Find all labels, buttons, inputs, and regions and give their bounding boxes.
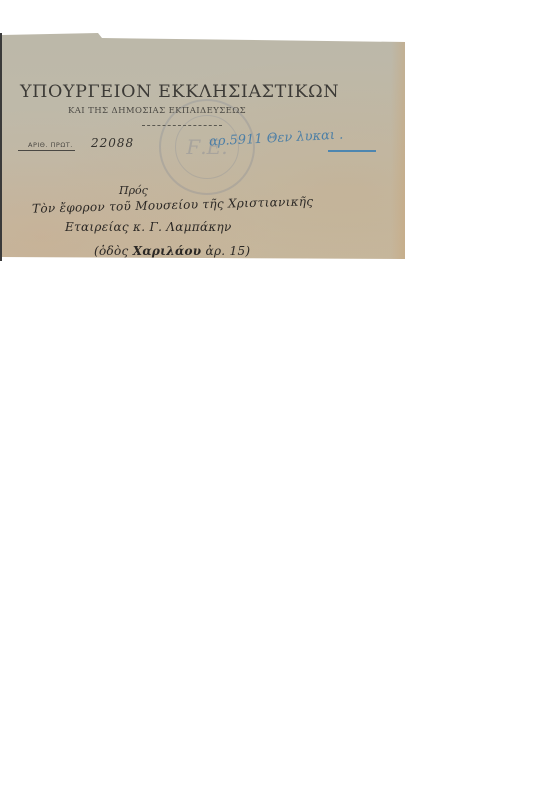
- blue-pencil-underline: [328, 150, 376, 152]
- address-street-prefix: (ὁδὸς: [94, 244, 129, 258]
- address-street-name: Χαριλάου: [133, 244, 202, 258]
- protocol-number: 22088: [91, 136, 134, 150]
- address-street-number: ἀρ. 15): [206, 244, 251, 258]
- header-divider: [142, 125, 222, 126]
- protocol-label: ΑΡΙΘ. ΠΡΩΤ.: [18, 141, 75, 151]
- scan-edge: [0, 33, 2, 261]
- ministry-header: ΥΠΟΥΡΓΕΙΟΝ ΕΚΚΛΗΣΙΑΣΤΙΚΩΝ: [20, 83, 339, 102]
- address-salutation: Πρός: [119, 184, 148, 197]
- address-line-1: Τὸν ἔφορον τοῦ Μουσείου τῆς Χριστιανικῆς: [32, 194, 314, 215]
- address-line-3: (ὁδὸς Χαριλάου ἀρ. 15): [94, 244, 250, 258]
- ministry-subheader: ΚΑΙ ΤΗΣ ΔΗΜΟΣΙΑΣ ΕΚΠΑΙΔΕΥΣΕΩΣ: [68, 106, 246, 116]
- envelope: Ϝ.Ε. ΥΠΟΥΡΓΕΙΟΝ ΕΚΚΛΗΣΙΑΣΤΙΚΩΝ ΚΑΙ ΤΗΣ Δ…: [2, 33, 405, 259]
- address-line-2: Εταιρείας κ. Γ. Λαμπάκην: [65, 220, 232, 234]
